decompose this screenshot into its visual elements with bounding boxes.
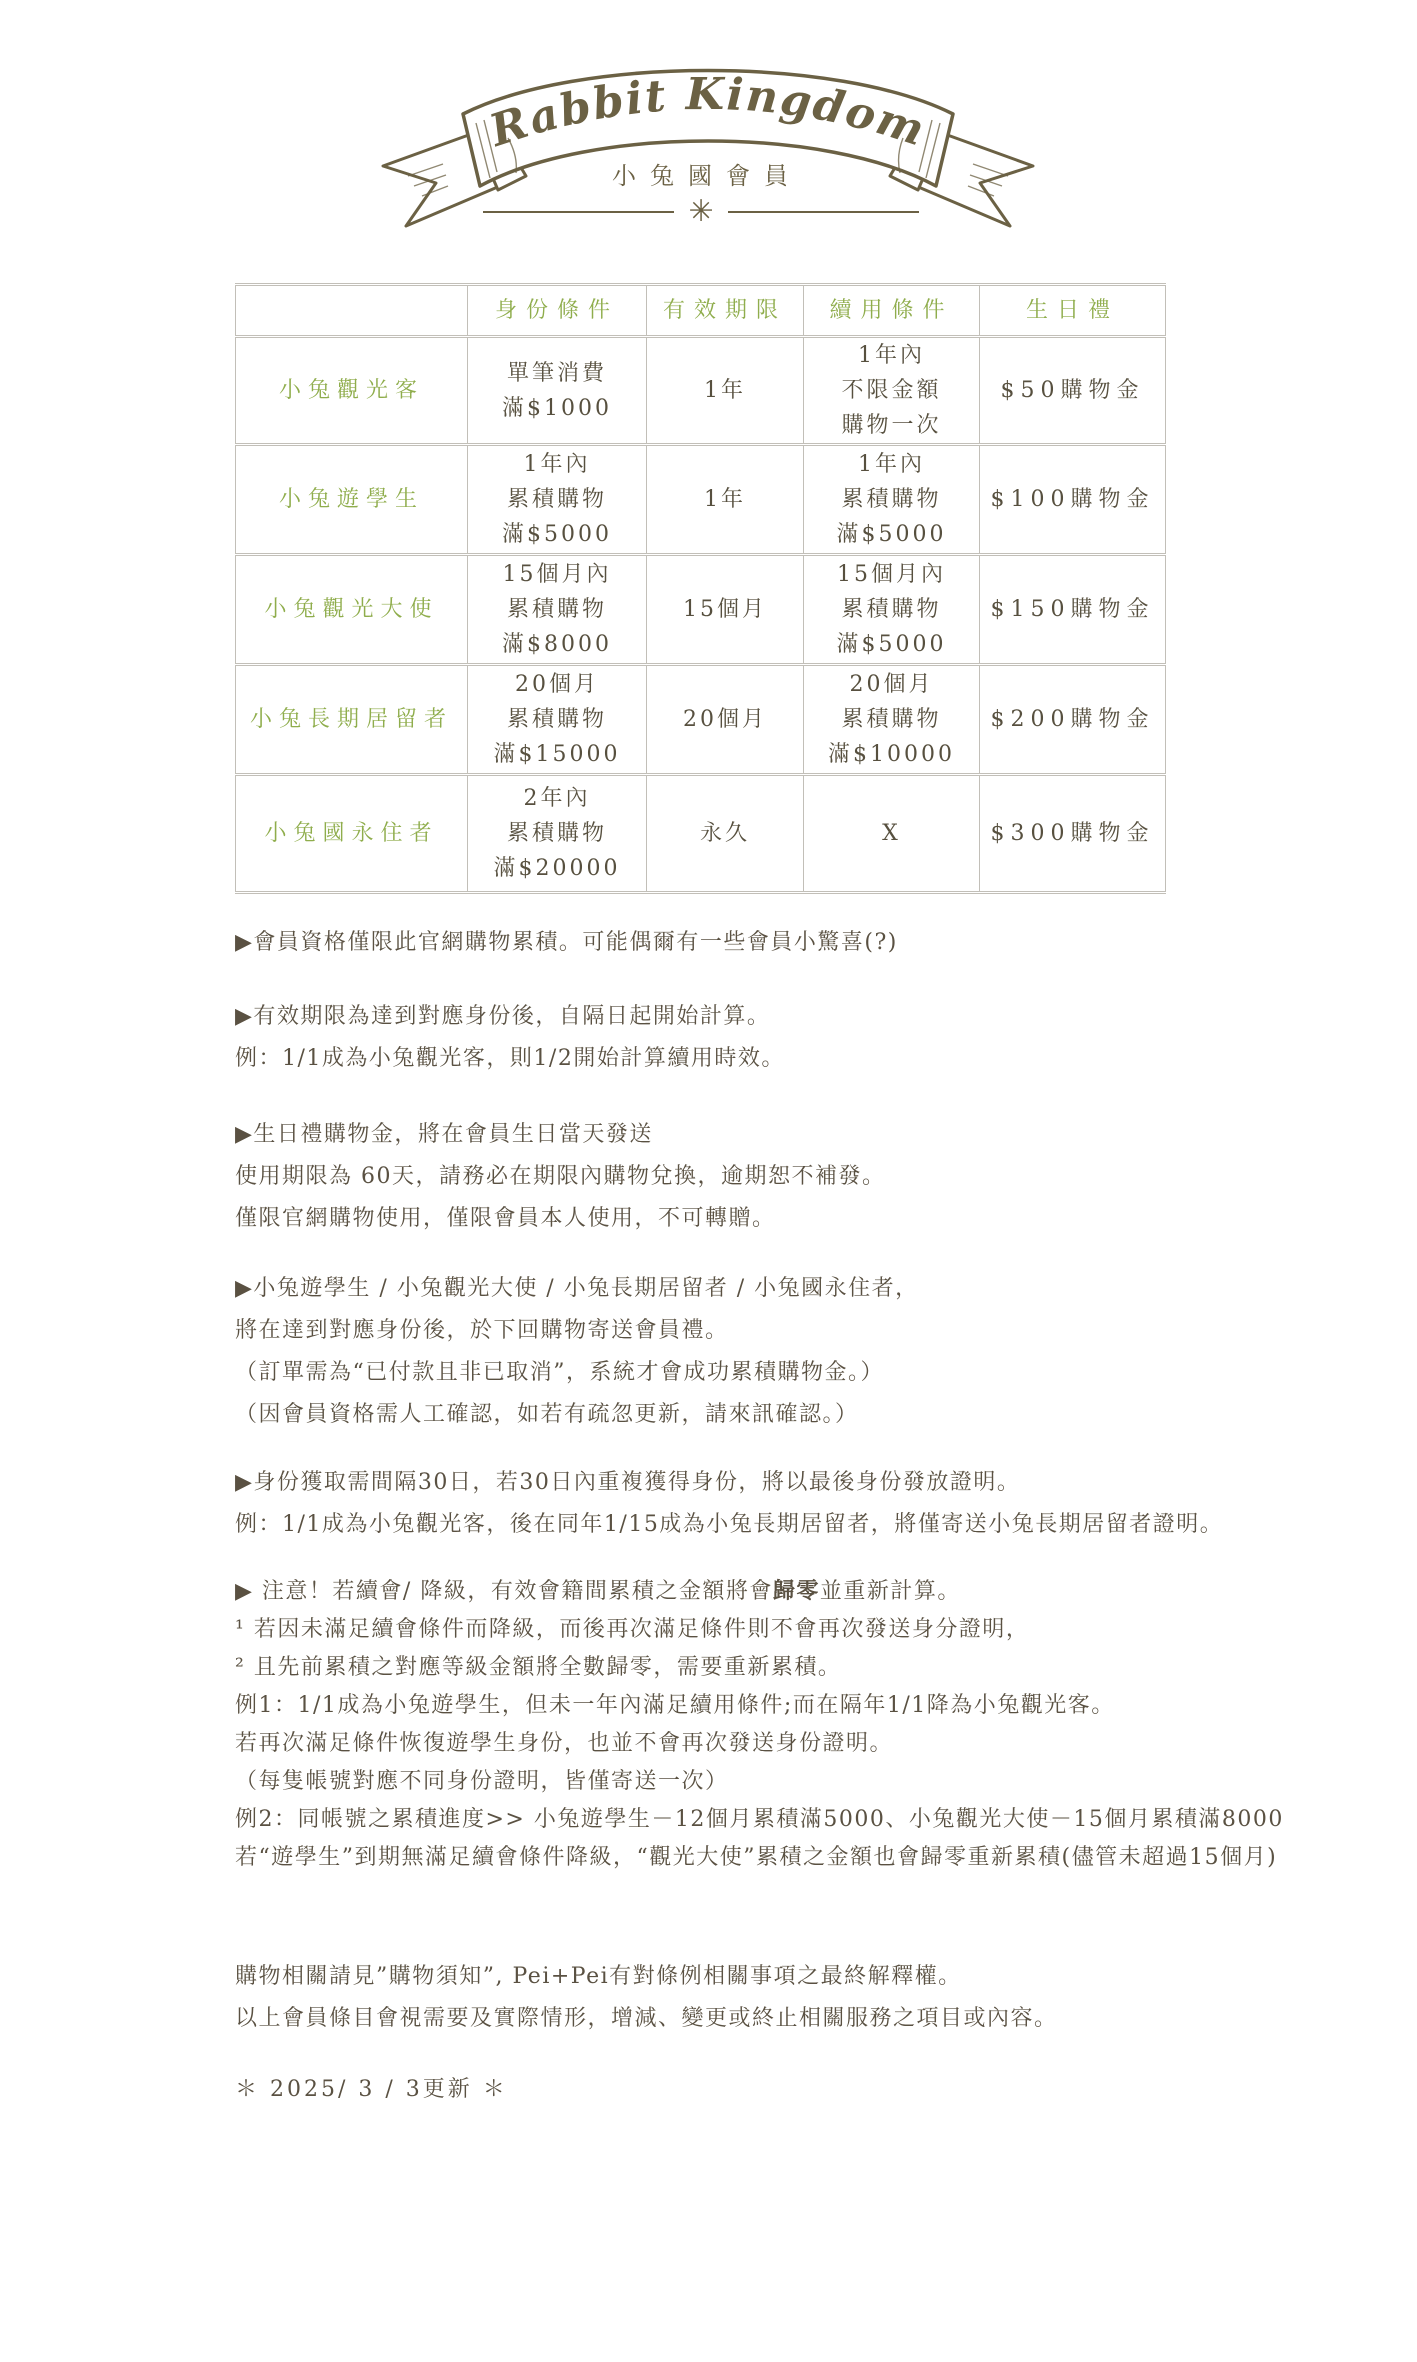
note-line: 例1：1/1成為小兔遊學生，但未一年內滿足續用條件;而在隔年1/1降為小兔觀光客…: [235, 1687, 1415, 1725]
note-line: ▶身份獲取需間隔30日，若30日內重複獲得身份，將以最後身份發放證明。: [235, 1462, 1415, 1504]
header-empty: [236, 285, 468, 337]
note-validity-start: ▶有效期限為達到對應身份後，自隔日起開始計算。 例：1/1成為小兔觀光客，則1/…: [235, 996, 1415, 1080]
tier-validity: 1年: [647, 445, 804, 555]
table-row: 小兔國永住者 2年內 累積購物 滿$20000 永久 X $300購物金: [236, 775, 1166, 893]
note-line: ▶小兔遊學生 / 小兔觀光大使 / 小兔長期居留者 / 小兔國永住者，: [235, 1268, 1415, 1310]
tier-gift: $300購物金: [980, 775, 1166, 893]
note-line: ▶生日禮購物金，將在會員生日當天發送: [235, 1114, 1415, 1156]
table-header-row: 身份條件 有效期限 續用條件 生日禮: [236, 285, 1166, 337]
notice-post-text: 並重新計算。: [820, 1579, 961, 1604]
tier-gift: $50購物金: [980, 337, 1166, 445]
tier-renewal: 1年內 不限金額 購物一次: [804, 337, 980, 445]
divider-line-left: [483, 211, 674, 213]
note-line: 若再次滿足條件恢復遊學生身份，也並不會再次發送身份證明。: [235, 1725, 1415, 1763]
note-birthday-gift: ▶生日禮購物金，將在會員生日當天發送 使用期限為 60天，請務必在期限內購物兌換…: [235, 1114, 1415, 1240]
tier-renewal: 15個月內 累積購物 滿$5000: [804, 555, 980, 665]
tier-validity: 1年: [647, 337, 804, 445]
tier-validity: 永久: [647, 775, 804, 893]
table-row: 小兔觀光客 單筆消費 滿$1000 1年 1年內 不限金額 購物一次 $50購物…: [236, 337, 1166, 445]
header-identity-condition: 身份條件: [468, 285, 647, 337]
tier-condition: 2年內 累積購物 滿$20000: [468, 775, 647, 893]
note-line: ▶有效期限為達到對應身份後，自隔日起開始計算。: [235, 996, 1415, 1038]
header-birthday-gift: 生日禮: [980, 285, 1166, 337]
tier-name: 小兔遊學生: [236, 445, 468, 555]
divider-line-right: [728, 211, 919, 213]
header-validity: 有效期限: [647, 285, 804, 337]
star-asterisk-icon: ✳: [688, 197, 713, 227]
tier-renewal: 20個月 累積購物 滿$10000: [804, 665, 980, 775]
tier-gift: $200購物金: [980, 665, 1166, 775]
note-line: 例2：同帳號之累積進度>> 小兔遊學生－12個月累積滿5000、小兔觀光大使－1…: [235, 1801, 1415, 1839]
membership-tier-table: 身份條件 有效期限 續用條件 生日禮 小兔觀光客 單筆消費 滿$1000 1年 …: [235, 283, 1166, 894]
tier-validity: 15個月: [647, 555, 804, 665]
notice-bold-text: 歸零: [773, 1578, 820, 1604]
note-line: ² 且先前累積之對應等級金額將全數歸零，需要重新累積。: [235, 1649, 1415, 1687]
note-line: 購物相關請見”購物須知”, Pei+Pei有對條例相關事項之最終解釋權。: [235, 1956, 1415, 1998]
notice-pre-text: ▶ 注意！若續會/ 降級，有效會籍間累積之金額將會: [235, 1579, 773, 1604]
note-final-terms: 購物相關請見”購物須知”, Pei+Pei有對條例相關事項之最終解釋權。 以上會…: [235, 1956, 1415, 2040]
note-renewal-reset-warning: ▶ 注意！若續會/ 降級，有效會籍間累積之金額將會歸零並重新計算。 ¹ 若因未滿…: [235, 1572, 1415, 1877]
tier-condition: 15個月內 累積購物 滿$8000: [468, 555, 647, 665]
note-line: （每隻帳號對應不同身份證明，皆僅寄送一次）: [235, 1763, 1415, 1801]
note-line: 例：1/1成為小兔觀光客，則1/2開始計算續用時效。: [235, 1038, 1415, 1080]
tier-name: 小兔觀光客: [236, 337, 468, 445]
tier-validity: 20個月: [647, 665, 804, 775]
tier-gift: $100購物金: [980, 445, 1166, 555]
tier-gift: $150購物金: [980, 555, 1166, 665]
note-line: 僅限官網購物使用，僅限會員本人使用，不可轉贈。: [235, 1198, 1415, 1240]
note-line: （因會員資格需人工確認，如若有疏忽更新，請來訊確認。）: [235, 1394, 1415, 1436]
last-updated-date: ＊ 2025/ 3 / 3更新 ＊: [235, 2072, 508, 2103]
note-line: ▶會員資格僅限此官網購物累積。可能偶爾有一些會員小驚喜(?): [235, 922, 1415, 964]
note-line: 使用期限為 60天，請務必在期限內購物兌換，逾期恕不補發。: [235, 1156, 1415, 1198]
tier-renewal: 1年內 累積購物 滿$5000: [804, 445, 980, 555]
note-line: ¹ 若因未滿足續會條件而降級，而後再次滿足條件則不會再次發送身分證明，: [235, 1611, 1415, 1649]
note-membership-scope: ▶會員資格僅限此官網購物累積。可能偶爾有一些會員小驚喜(?): [235, 922, 1415, 964]
tier-name: 小兔國永住者: [236, 775, 468, 893]
tier-condition: 單筆消費 滿$1000: [468, 337, 647, 445]
title-divider: ✳: [483, 192, 919, 232]
table-row: 小兔遊學生 1年內 累積購物 滿$5000 1年 1年內 累積購物 滿$5000…: [236, 445, 1166, 555]
tier-condition: 1年內 累積購物 滿$5000: [468, 445, 647, 555]
table-row: 小兔長期居留者 20個月 累積購物 滿$15000 20個月 20個月 累積購物…: [236, 665, 1166, 775]
note-member-gift-shipping: ▶小兔遊學生 / 小兔觀光大使 / 小兔長期居留者 / 小兔國永住者， 將在達到…: [235, 1268, 1415, 1436]
membership-info-page: { "colors": { "green": "#8fad4c", "olive…: [0, 0, 1417, 2362]
table-row: 小兔觀光大使 15個月內 累積購物 滿$8000 15個月 15個月內 累積購物…: [236, 555, 1166, 665]
note-identity-interval: ▶身份獲取需間隔30日，若30日內重複獲得身份，將以最後身份發放證明。 例：1/…: [235, 1462, 1415, 1546]
header-renewal-condition: 續用條件: [804, 285, 980, 337]
tier-condition: 20個月 累積購物 滿$15000: [468, 665, 647, 775]
note-line-notice: ▶ 注意！若續會/ 降級，有效會籍間累積之金額將會歸零並重新計算。: [235, 1572, 1415, 1611]
note-line: 以上會員條目會視需要及實際情形，增減、變更或終止相關服務之項目或內容。: [235, 1998, 1415, 2040]
brand-subtitle: 小兔國會員: [0, 156, 1400, 191]
note-line: 例：1/1成為小兔觀光客，後在同年1/15成為小兔長期居留者，將僅寄送小兔長期居…: [235, 1504, 1415, 1546]
note-line: （訂單需為“已付款且非已取消”，系統才會成功累積購物金。）: [235, 1352, 1415, 1394]
tier-name: 小兔長期居留者: [236, 665, 468, 775]
tier-renewal: X: [804, 775, 980, 893]
note-line: 若“遊學生”到期無滿足續會條件降級，“觀光大使”累積之金額也會歸零重新累積(儘管…: [235, 1839, 1415, 1877]
tier-name: 小兔觀光大使: [236, 555, 468, 665]
note-line: 將在達到對應身份後，於下回購物寄送會員禮。: [235, 1310, 1415, 1352]
